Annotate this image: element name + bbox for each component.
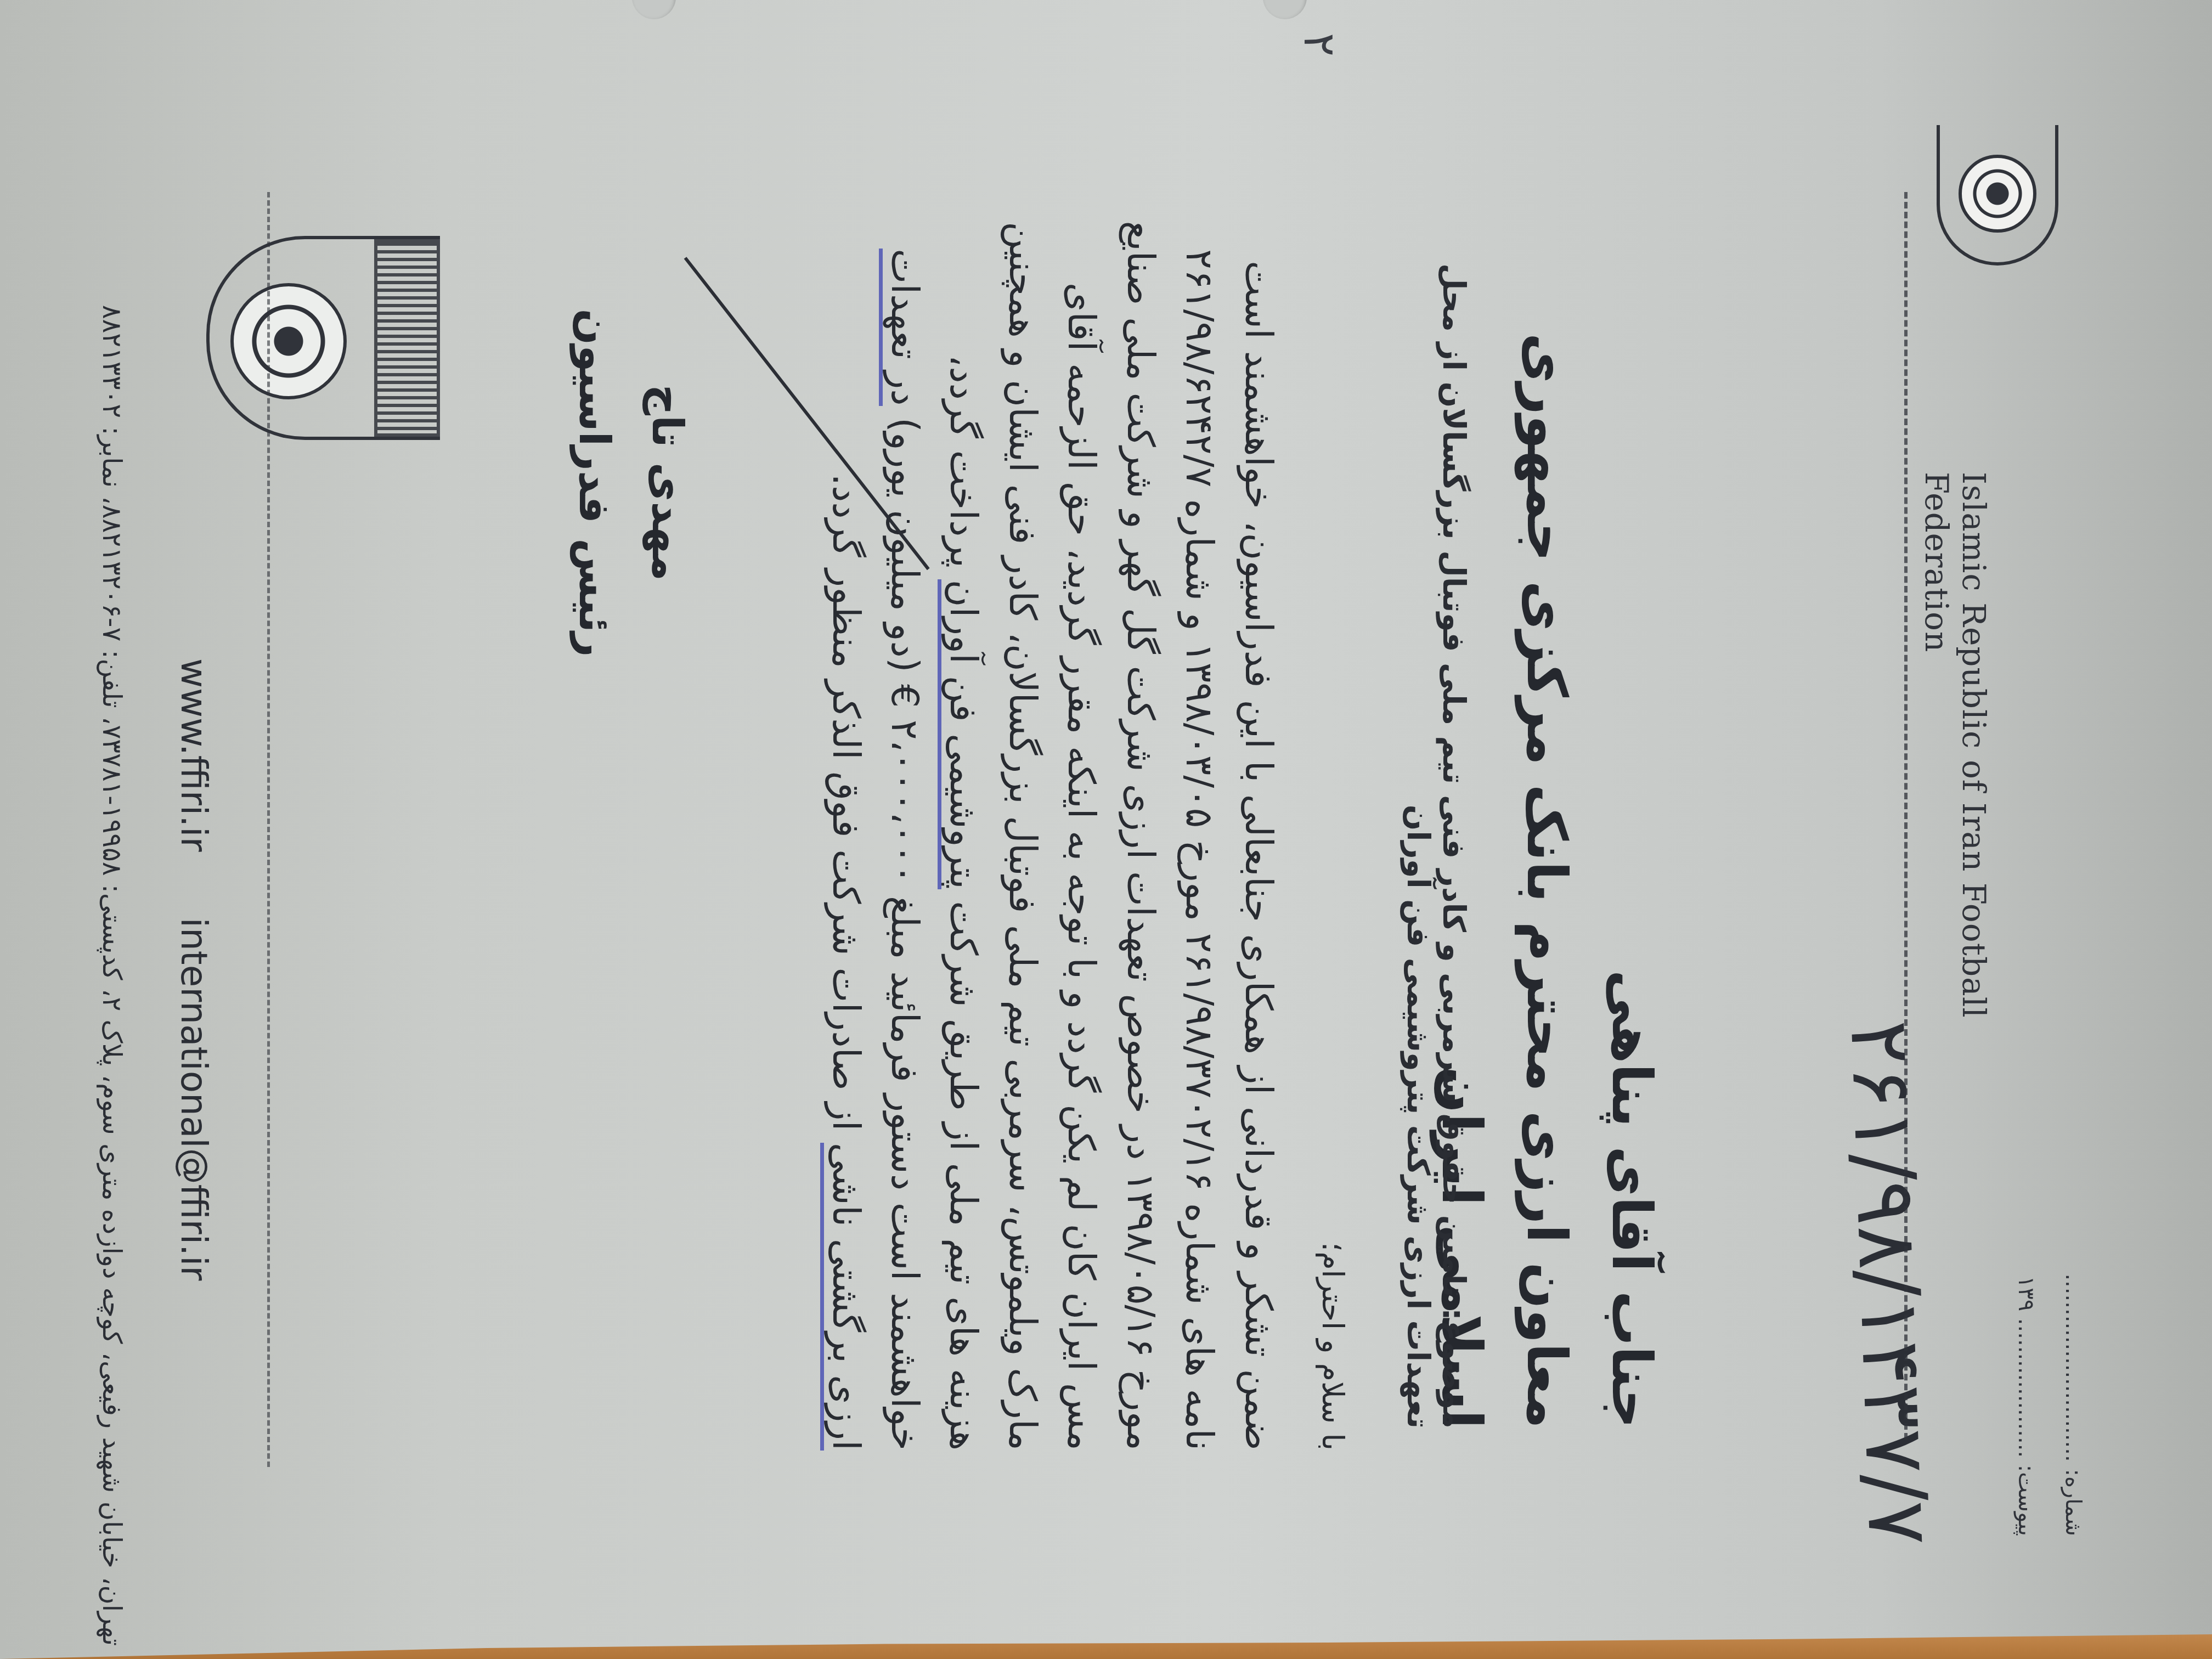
attachment-label: پیوست	[2013, 1472, 2039, 1536]
number-label: شماره	[2061, 1476, 2086, 1536]
signatory-title: رئیس فدراسیون	[558, 236, 631, 730]
footer-website: www.ffiri.ir	[173, 658, 215, 852]
stamp-text-box	[374, 239, 440, 437]
football-icon	[1959, 155, 2036, 233]
footer-address: تهران، خیابان شهید رفیعی، کوچه دوازده مت…	[97, 0, 127, 1646]
addressee-name: جناب آقای پناهی	[1589, 222, 1674, 1429]
footer-email: international@ffiri.ir	[173, 918, 215, 1281]
subject-line: موضوع: تامین حقوق سرمربی و کادر فنی تیم …	[1400, 167, 1471, 1429]
number-field: شماره: ...........................	[2061, 1042, 2086, 1536]
pen-underline: پتروشیمی فن آوران	[938, 579, 985, 889]
federation-stamp	[206, 236, 440, 440]
signatory-name: مهدی تاج	[630, 236, 703, 730]
footer-divider	[267, 192, 270, 1467]
body-paragraph: ضمن تشکر و قدردانی از همکاری جنابعالی با…	[816, 211, 1288, 1451]
pen-underline: در تعهدات ارزی برگشتی ناشی	[820, 249, 926, 1451]
football-icon	[230, 283, 347, 399]
letter-meta: شماره: ........................... پیوست…	[1991, 1042, 2086, 1536]
attachment-field: پیوست: .................... ۱۳۹	[2013, 1042, 2039, 1536]
federation-logo	[1937, 125, 2058, 266]
header-divider	[1904, 192, 1908, 1440]
page-number: ۲	[1294, 33, 1345, 57]
date-prefix: ۱۳۹	[2013, 1276, 2039, 1311]
punch-hole	[632, 0, 676, 19]
greeting: با سلام و احترام؛	[1310, 211, 1356, 1451]
signature-block: مهدی تاج رئیس فدراسیون	[558, 236, 703, 730]
punch-hole	[1263, 0, 1307, 19]
letter-body: با سلام و احترام؛ ضمن تشکر و قدردانی از …	[816, 211, 1356, 1451]
footer-contacts: www.ffiri.ir international@ffiri.ir	[173, 658, 215, 1536]
letter-page: ۲ بسمه تعالی Islamic Republic of Iran Fo…	[0, 0, 2212, 1659]
